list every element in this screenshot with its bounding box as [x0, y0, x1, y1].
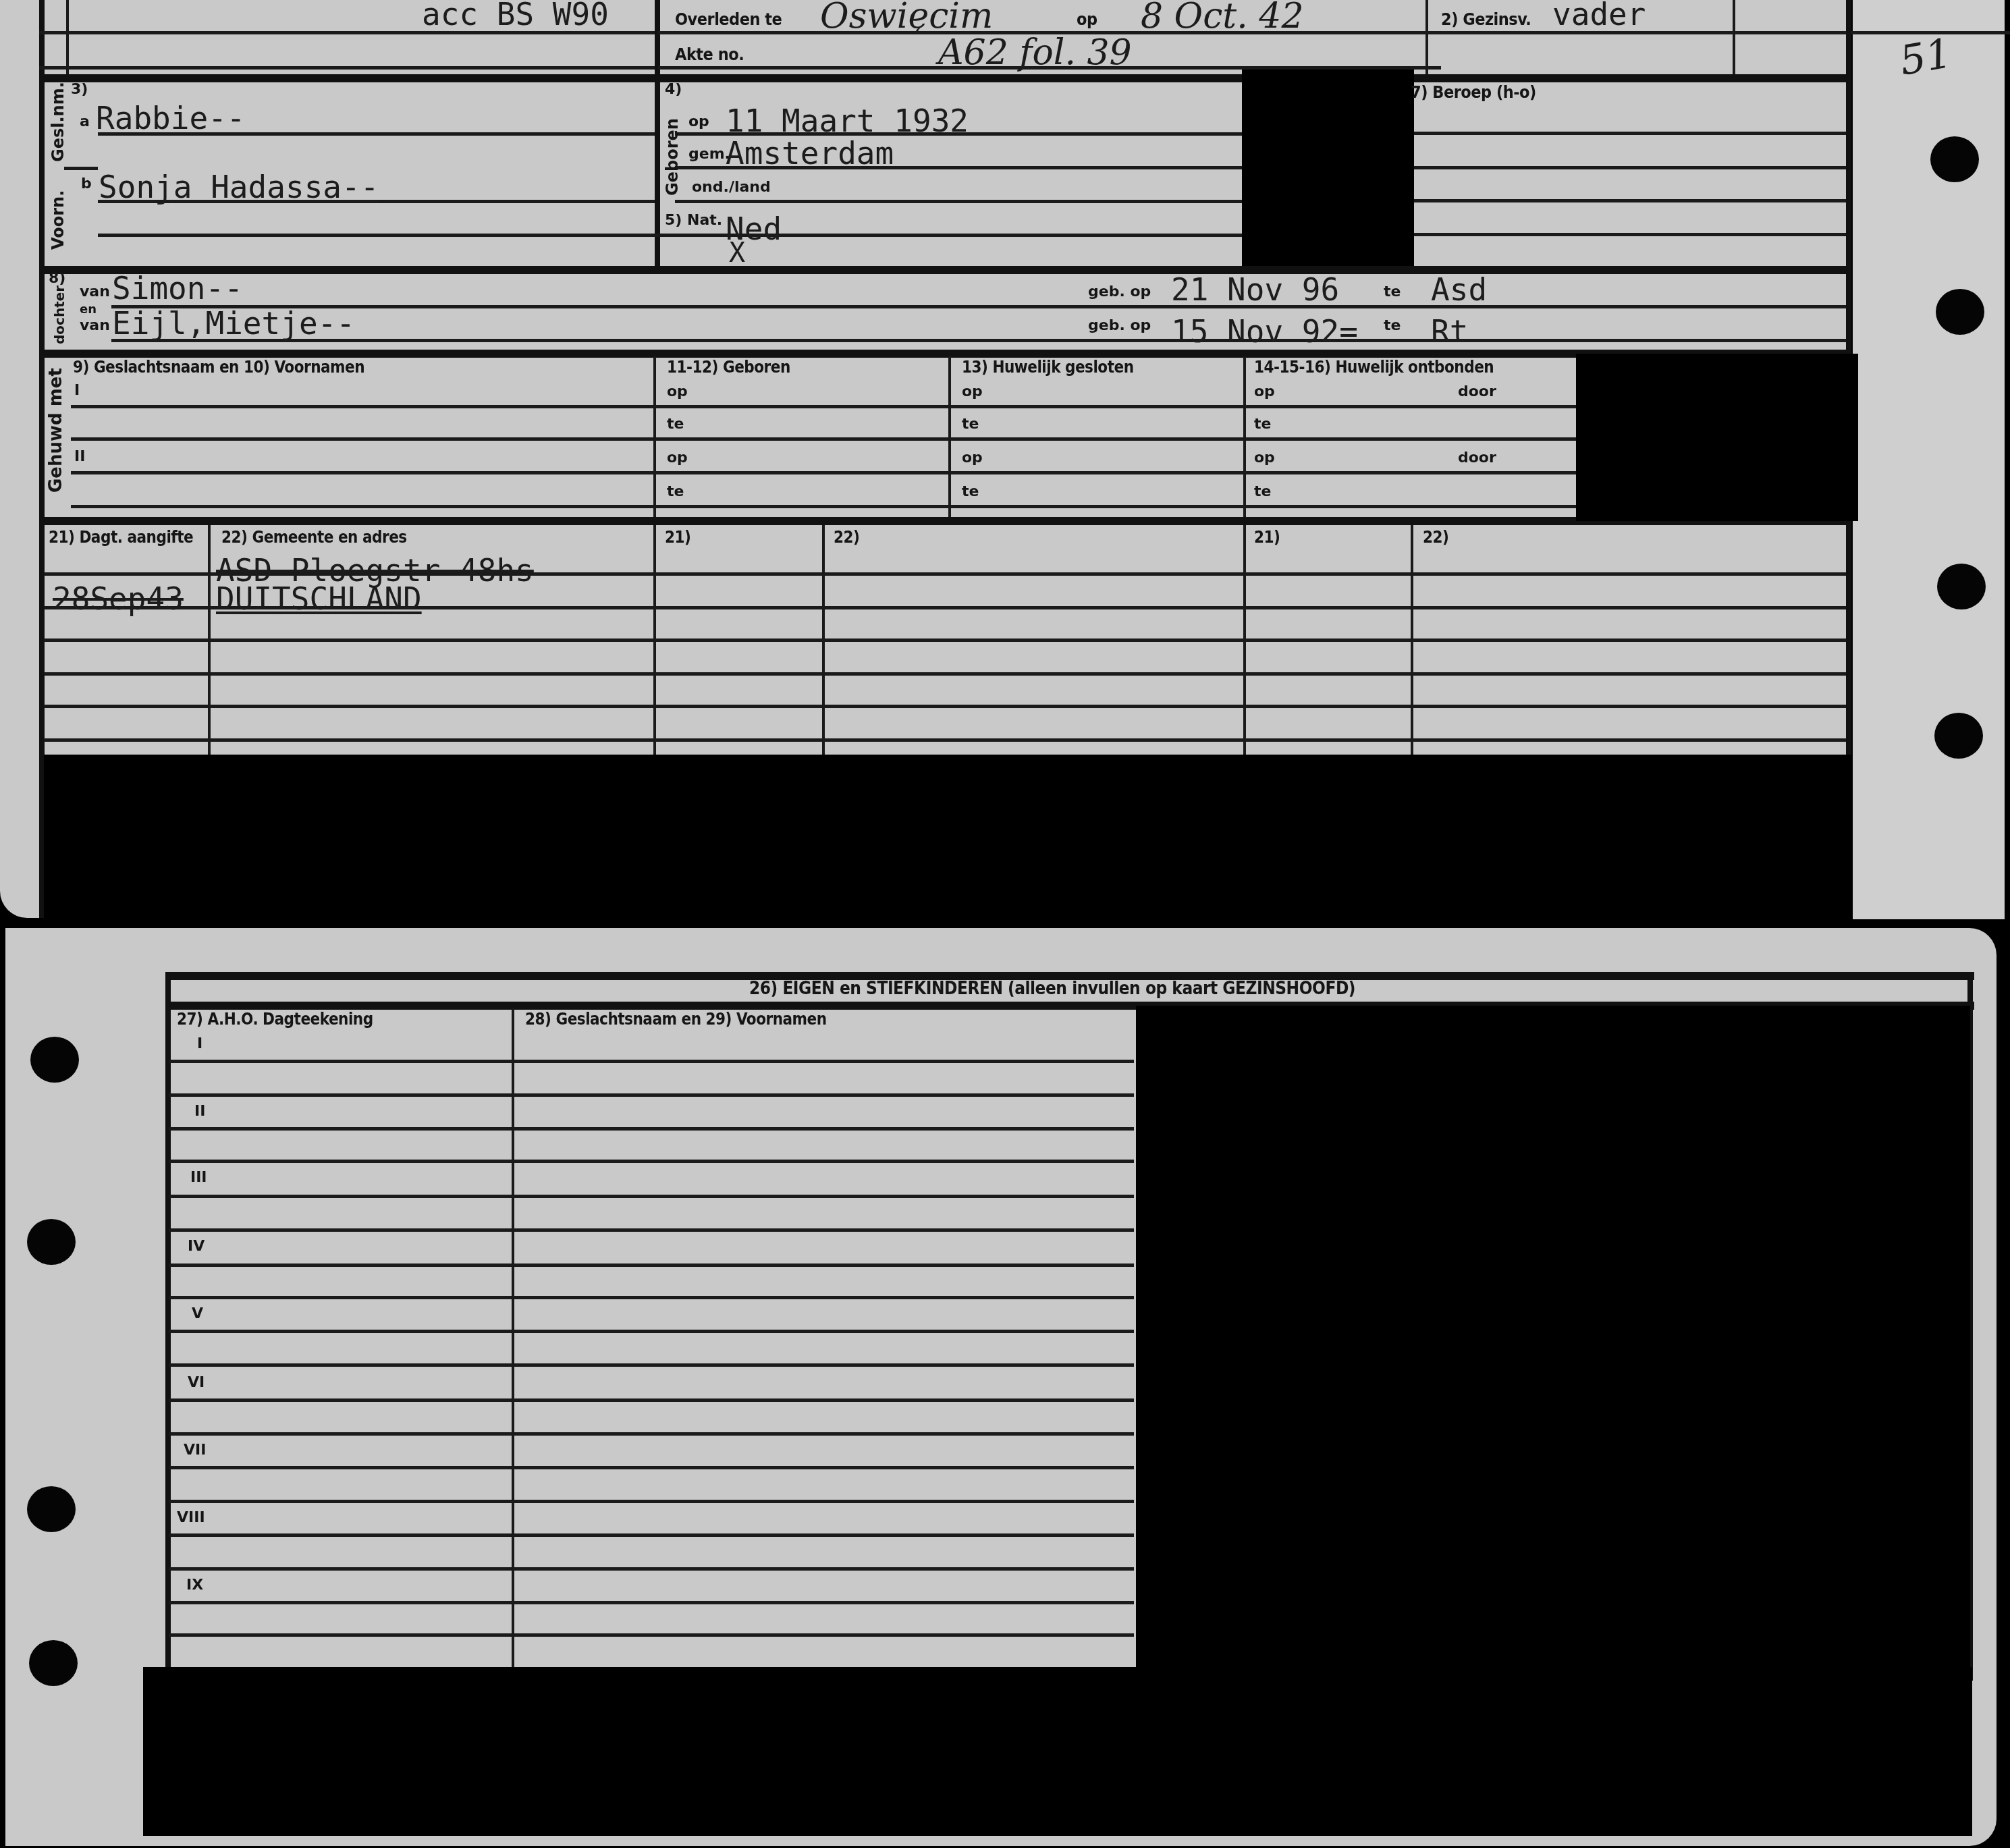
rule	[169, 1060, 1134, 1063]
married-on-label-1: op	[962, 383, 983, 400]
declaration-date-header-3: 21)	[1254, 528, 1280, 547]
redacted-block	[1576, 354, 1858, 521]
firstnames-value: Sonja Hadassa--	[99, 169, 379, 205]
rule	[71, 405, 1576, 408]
married-at-label-2: te	[962, 483, 979, 500]
rule	[169, 1127, 1134, 1131]
rule	[169, 1533, 1134, 1537]
deceased-place: Oswięcim	[820, 0, 993, 36]
child-row-label-7: VII	[184, 1442, 206, 1459]
margin-number: 51	[1897, 30, 1955, 85]
mother-prefix: van	[80, 317, 110, 334]
nationality-label: 5) Nat.	[665, 212, 722, 229]
children-section-title: 26) EIGEN en STIEFKINDEREN (alleen invul…	[749, 979, 1355, 999]
divider	[1733, 0, 1735, 74]
rule	[169, 1363, 1134, 1367]
divider	[66, 0, 69, 74]
divider	[1425, 0, 1428, 74]
rule	[71, 505, 1576, 508]
deceased-date: 8 Oct. 42	[1141, 0, 1304, 36]
punch-hole	[1930, 136, 1979, 182]
dissolved-on-label-2: op	[1254, 450, 1275, 466]
rule	[169, 1500, 1134, 1503]
rule	[44, 638, 1846, 642]
father-birth-label: geb. op	[1088, 283, 1151, 300]
marriage-name-header: 9) Geslachtsnaam en 10) Voornamen	[73, 358, 364, 377]
father-place-label: te	[1384, 283, 1401, 300]
punch-hole	[27, 1219, 76, 1265]
father-prefix: van	[80, 283, 110, 300]
rule	[169, 1296, 1134, 1299]
born-on-label-2: op	[667, 450, 688, 466]
firstname-prefix: b	[81, 175, 92, 192]
rule	[169, 1263, 1134, 1267]
redacted-block	[143, 1667, 1972, 1836]
surname-side-label: Gesl.nm.	[49, 82, 67, 162]
surname-value: Rabbie--	[96, 100, 246, 136]
rule	[169, 1633, 1134, 1637]
child-row-label-2: II	[194, 1103, 205, 1120]
birth-municipality: Amsterdam	[726, 135, 894, 171]
and-label: en	[80, 302, 97, 317]
rule	[111, 305, 1846, 308]
field-3-number: 3)	[71, 81, 88, 98]
rule	[1414, 233, 1846, 236]
marriage-concluded-header: 13) Huwelijk gesloten	[962, 358, 1134, 377]
rule	[44, 738, 1846, 742]
punch-hole	[27, 1486, 76, 1532]
mother-birth-place: Rt	[1431, 313, 1468, 350]
punch-hole	[1934, 713, 1983, 759]
address-header-2: 22)	[834, 528, 859, 547]
marriage-row-1-label: I	[74, 382, 80, 399]
rule	[169, 1398, 1134, 1402]
deceased-on-label: op	[1077, 9, 1097, 29]
surname-prefix: a	[80, 113, 90, 130]
redacted-block	[1242, 70, 1414, 270]
address-header-3: 22)	[1423, 528, 1448, 547]
rule	[98, 234, 655, 237]
rule	[169, 1330, 1134, 1333]
firstname-side-label: Voorn.	[49, 190, 67, 250]
mother-name: Eijl,Mietje--	[112, 305, 355, 342]
punch-hole	[29, 1640, 78, 1686]
top-card-punch-strip	[1853, 0, 2005, 919]
card-border	[165, 972, 171, 1667]
mother-place-label: te	[1384, 317, 1401, 334]
rule	[1414, 199, 1846, 202]
children-name-header: 28) Geslachtsnaam en 29) Voornamen	[525, 1010, 827, 1029]
rule	[44, 672, 1846, 676]
punch-hole	[1936, 289, 1984, 335]
dissolved-by-label-1: door	[1458, 383, 1496, 400]
child-row-label-8: VIII	[177, 1509, 205, 1526]
birth-date-label: op	[688, 113, 709, 130]
dissolved-at-label-1: te	[1254, 416, 1271, 433]
spouse-born-header: 11-12) Geboren	[667, 358, 790, 377]
married-on-label-2: op	[962, 450, 983, 466]
rule	[44, 705, 1846, 708]
rule	[169, 1601, 1134, 1604]
declaration-date-header: 21) Dagt. aangifte	[49, 528, 193, 547]
birth-date: 11 Maart 1932	[726, 103, 969, 139]
rule	[169, 1195, 1134, 1198]
child-row-label-6: VI	[188, 1374, 205, 1391]
divider	[655, 0, 660, 270]
mother-birth-label: geb. op	[1088, 317, 1151, 334]
dissolved-by-label-2: door	[1458, 450, 1496, 466]
field-8-number: 8)	[49, 270, 65, 287]
child-row-label-5: V	[192, 1305, 203, 1322]
child-row-label-9: IX	[186, 1577, 203, 1594]
birth-country-label: ond./land	[692, 179, 771, 196]
occupation-label: 7) Beroep (h-o)	[1411, 82, 1536, 102]
rule	[111, 339, 1846, 342]
address-header: 22) Gemeente en adres	[221, 528, 407, 547]
rule	[64, 167, 98, 170]
address-date-2: 28Sep43	[53, 580, 184, 617]
born-at-label-2: te	[667, 483, 684, 500]
rule	[1414, 132, 1846, 135]
marriage-dissolved-header: 14-15-16) Huwelijk ontbonden	[1254, 358, 1494, 377]
dissolved-on-label-1: op	[1254, 383, 1275, 400]
father-name: Simon--	[112, 270, 243, 306]
rule	[169, 1228, 1134, 1232]
rule	[169, 1093, 1134, 1097]
mother-birth-date: 15 Nov 92=	[1171, 313, 1358, 350]
nationality-mark: X	[729, 238, 745, 269]
born-on-label-1: op	[667, 383, 688, 400]
birth-side-label: Geboren	[663, 118, 682, 196]
rule	[71, 437, 1576, 441]
family-role-label: 2) Gezinsv.	[1441, 9, 1531, 29]
child-row-label-3: III	[190, 1169, 207, 1186]
redacted-block	[1136, 1006, 1970, 1681]
married-side-label: Gehuwd met	[46, 368, 66, 493]
marriage-row-2-label: II	[74, 448, 85, 465]
declaration-date-header-2: 21)	[665, 528, 690, 547]
redacted-block	[44, 755, 1853, 923]
rule	[169, 1160, 1134, 1163]
father-birth-date: 21 Nov 96	[1171, 271, 1339, 308]
rule	[1414, 166, 1846, 169]
punch-hole	[30, 1037, 79, 1083]
rule	[71, 471, 1576, 474]
family-role-value: vader	[1552, 0, 1646, 32]
field-4-number: 4)	[665, 81, 682, 98]
rule	[169, 1432, 1134, 1436]
child-row-label-1: I	[197, 1035, 202, 1052]
birth-municipality-label: gem.	[688, 146, 730, 163]
thick-rule	[39, 74, 1848, 82]
children-date-header: 27) A.H.O. Dagteekening	[177, 1010, 373, 1029]
father-birth-place: Asd	[1431, 271, 1487, 308]
deed-label: Akte no.	[675, 45, 744, 64]
rule	[39, 66, 657, 70]
deed-number: A62 fol. 39	[938, 32, 1132, 73]
born-at-label-1: te	[667, 416, 684, 433]
reference-code: acc BS W90	[422, 0, 609, 32]
divider	[512, 1008, 514, 1670]
married-at-label-1: te	[962, 416, 979, 433]
deceased-label: Overleden te	[675, 9, 782, 29]
dissolved-at-label-2: te	[1254, 483, 1271, 500]
parents-side-label: dochter	[51, 286, 67, 344]
rule	[169, 1466, 1134, 1469]
address-entry-2: DUITSCHLAND	[216, 580, 422, 617]
rule	[169, 1567, 1134, 1571]
rule	[675, 200, 1242, 203]
thick-rule	[39, 266, 1848, 274]
child-row-label-4: IV	[188, 1238, 205, 1255]
punch-hole	[1937, 564, 1986, 609]
